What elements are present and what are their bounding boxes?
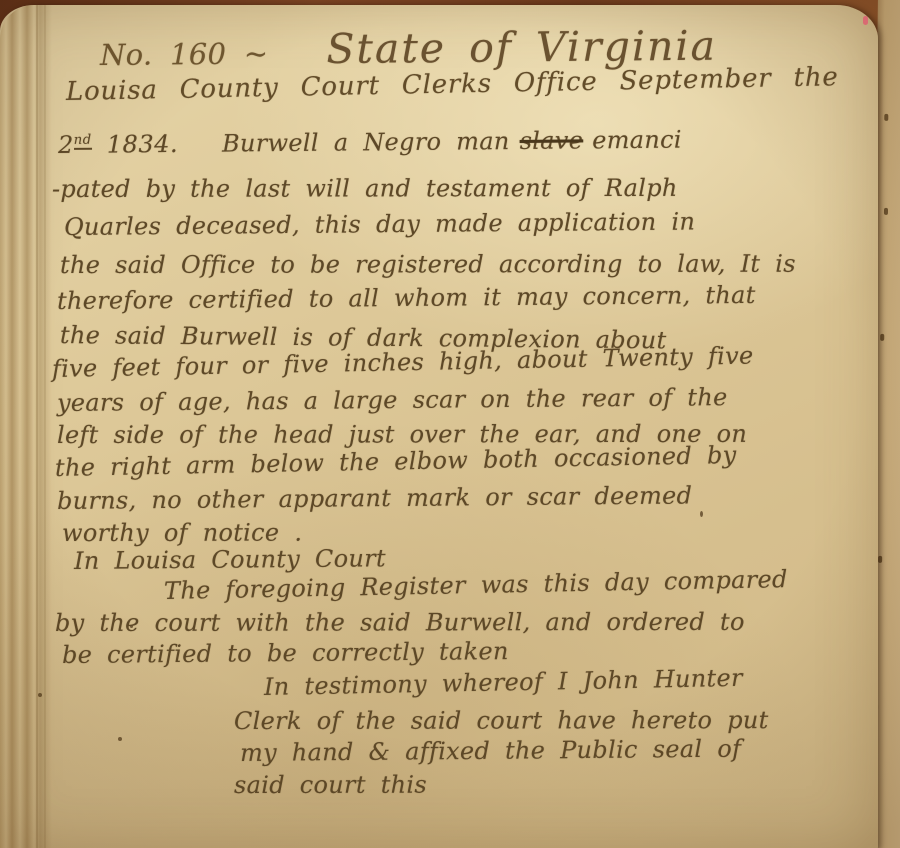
ink-speck <box>38 693 42 697</box>
entry-text: Burwell a Negro man <box>222 127 510 158</box>
manuscript-line: years of age, has a large scar on the re… <box>57 383 728 417</box>
stitch-mark <box>884 208 888 215</box>
testimony-line: said court this <box>234 771 427 799</box>
court-heading: In Louisa County Court <box>74 544 386 575</box>
entry-text-continued: emanci <box>592 126 682 155</box>
manuscript-line: be certified to be correctly taken <box>62 637 509 669</box>
stitch-mark <box>884 114 888 121</box>
manuscript-line: by the court with the said Burwell, and … <box>55 608 745 637</box>
stitch-mark <box>880 334 884 341</box>
manuscript-photo: No. 160 ~State of Virginia Louisa County… <box>0 0 900 848</box>
entry-date: 2nd 1834. <box>58 130 178 159</box>
red-thread <box>863 16 868 25</box>
manuscript-line: worthy of notice . <box>62 519 302 547</box>
manuscript-line: -pated by the last will and testament of… <box>52 174 678 203</box>
ordinal-suffix: nd <box>74 133 92 150</box>
stitch-mark <box>878 556 882 563</box>
manuscript-line: Quarles deceased, this day made applicat… <box>64 207 695 241</box>
manuscript-line: burns, no other apparant mark or scar de… <box>57 481 693 515</box>
struck-word: slave <box>520 126 584 155</box>
manuscript-line: therefore certified to all whom it may c… <box>57 281 756 315</box>
record-number: No. 160 ~ <box>100 37 269 72</box>
testimony-line: In testimony whereof I John Hunter <box>264 664 743 701</box>
handwritten-text-block: No. 160 ~State of Virginia Louisa County… <box>52 13 838 848</box>
testimony-line: my hand & affixed the Public seal of <box>240 735 741 767</box>
entry-line: 2nd 1834.Burwell a Negro manslaveemanci <box>58 126 682 159</box>
manuscript-line: the said Office to be registered accordi… <box>60 250 796 279</box>
document-page: No. 160 ~State of Virginia Louisa County… <box>0 5 878 848</box>
page-crease <box>44 5 46 848</box>
testimony-line: Clerk of the said court have hereto put <box>234 706 769 735</box>
page-crease <box>36 5 38 848</box>
